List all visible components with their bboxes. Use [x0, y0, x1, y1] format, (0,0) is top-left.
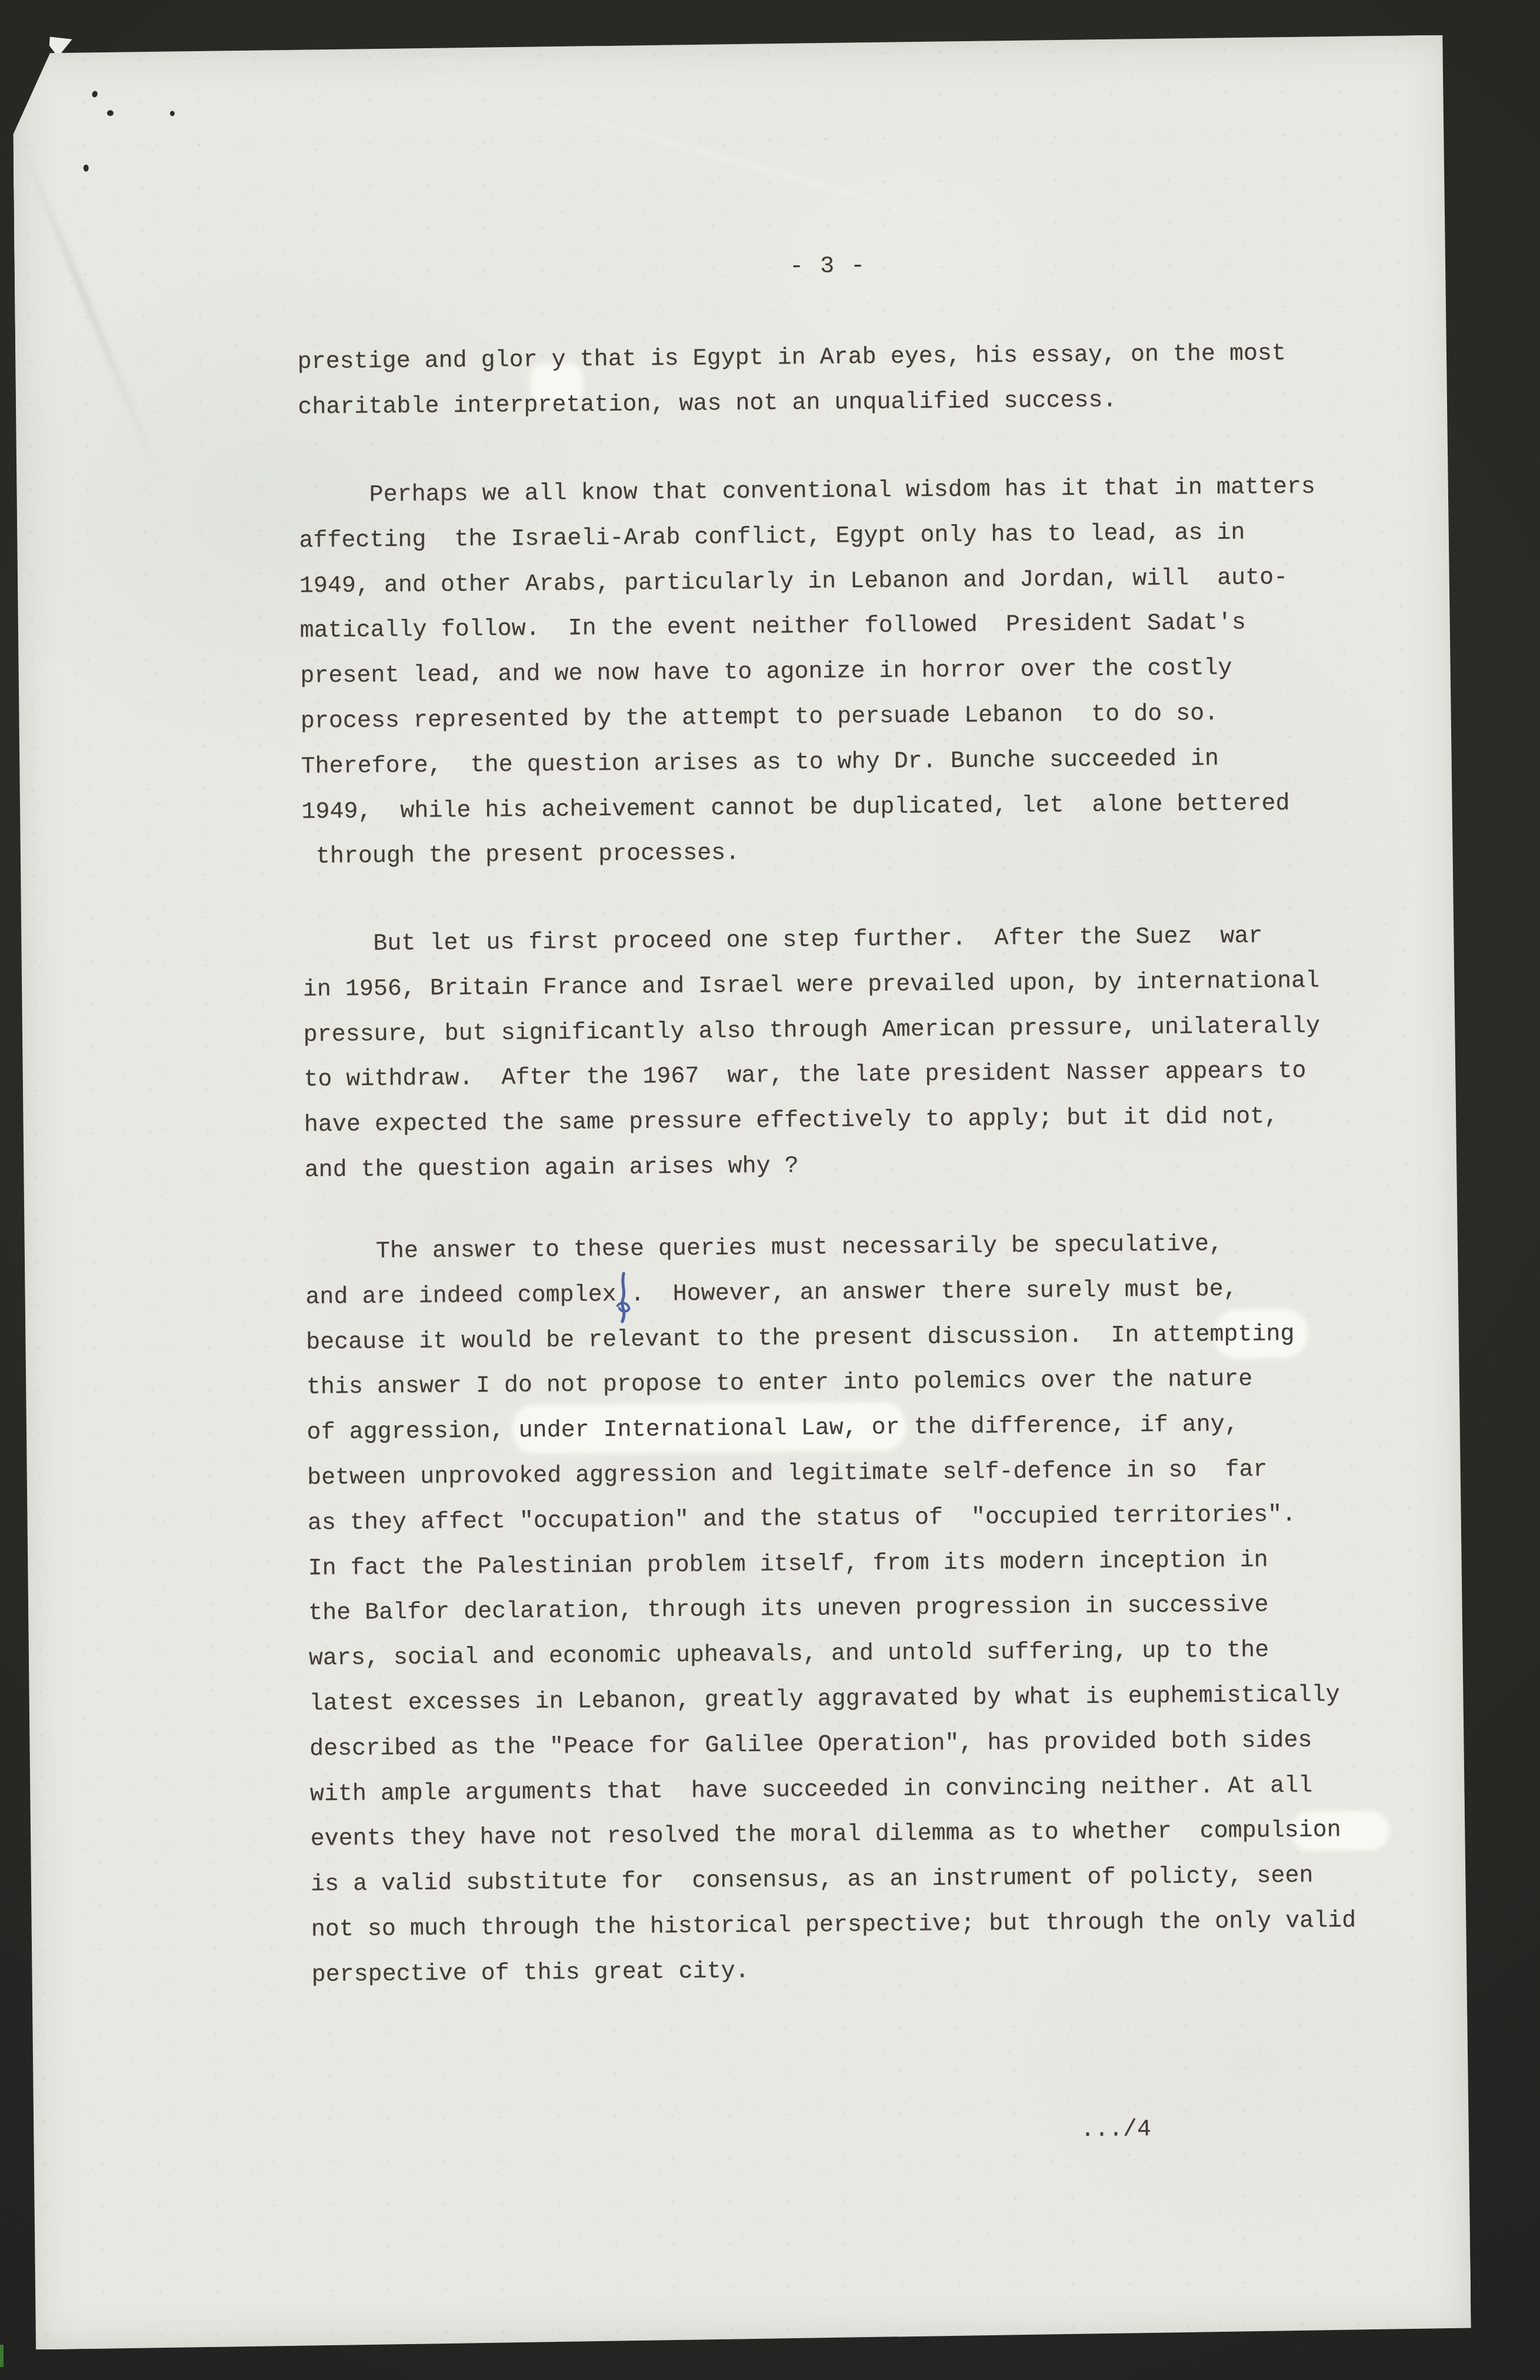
- page-number-header: - 3 -: [272, 239, 1384, 294]
- scan-background: - 3 - prestige and glor y that is Egypt …: [0, 0, 1540, 2380]
- paragraph: The answer to these queries must necessa…: [305, 1221, 1424, 1998]
- handwritten-ink-mark: [612, 1271, 634, 1326]
- paragraph: prestige and glor y that is Egypt in Ara…: [297, 331, 1409, 431]
- ink-speck: [170, 111, 175, 116]
- paragraph: Perhaps we all know that conventional wi…: [298, 464, 1414, 881]
- ink-speck: [84, 165, 89, 172]
- scanner-edge-artifact: [0, 2345, 4, 2367]
- paper-sheet: - 3 - prestige and glor y that is Egypt …: [12, 35, 1471, 2349]
- ink-speck: [91, 90, 98, 98]
- paragraph: But let us first proceed one step furthe…: [302, 913, 1416, 1194]
- paper-crease: [14, 131, 163, 481]
- ink-speck: [107, 110, 114, 116]
- continuation-mark: .../4: [1081, 2106, 1316, 2154]
- typewritten-text: - 3 - prestige and glor y that is Egypt …: [295, 35, 1426, 2347]
